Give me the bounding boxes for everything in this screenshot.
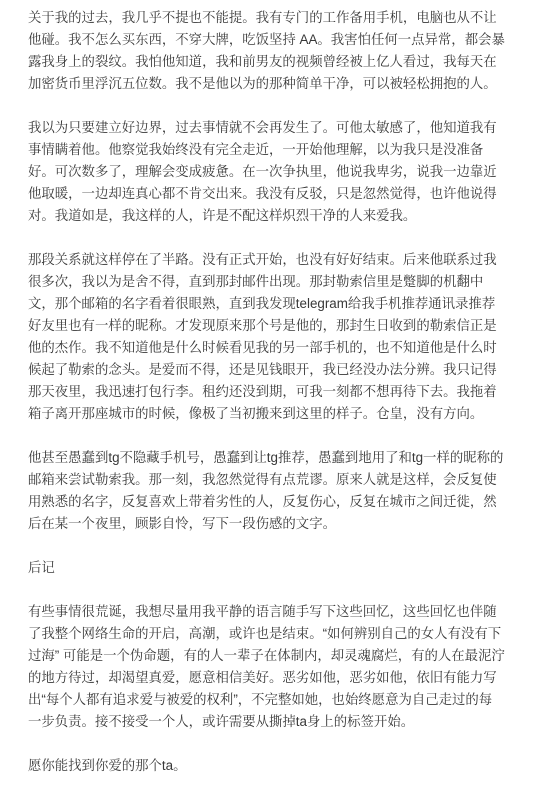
paragraph-4: 他甚至愚蠢到tg不隐藏手机号，愚蠢到让tg推荐，愚蠢到地用了和tg一样的昵称的邮… xyxy=(28,447,505,535)
paragraph-1: 关于我的过去，我几乎不提也不能提。我有专门的工作备用手机，电脑也从不让他碰。我不… xyxy=(28,7,505,95)
postscript-heading: 后记 xyxy=(28,557,505,579)
closing-line: 愿你能找到你爱的那个ta。 xyxy=(28,755,505,777)
postscript-paragraph: 有些事情很荒诞，我想尽量用我平静的语言随手写下这些回忆，这些回忆也伴随了我整个网… xyxy=(28,601,505,733)
article-page: 关于我的过去，我几乎不提也不能提。我有专门的工作备用手机，电脑也从不让他碰。我不… xyxy=(0,0,533,800)
paragraph-3: 那段关系就这样停在了半路。没有正式开始，也没有好好结束。后来他联系过我很多次，我… xyxy=(28,249,505,425)
paragraph-2: 我以为只要建立好边界，过去事情就不会再发生了。可他太敏感了，他知道我有事情瞒着他… xyxy=(28,117,505,227)
